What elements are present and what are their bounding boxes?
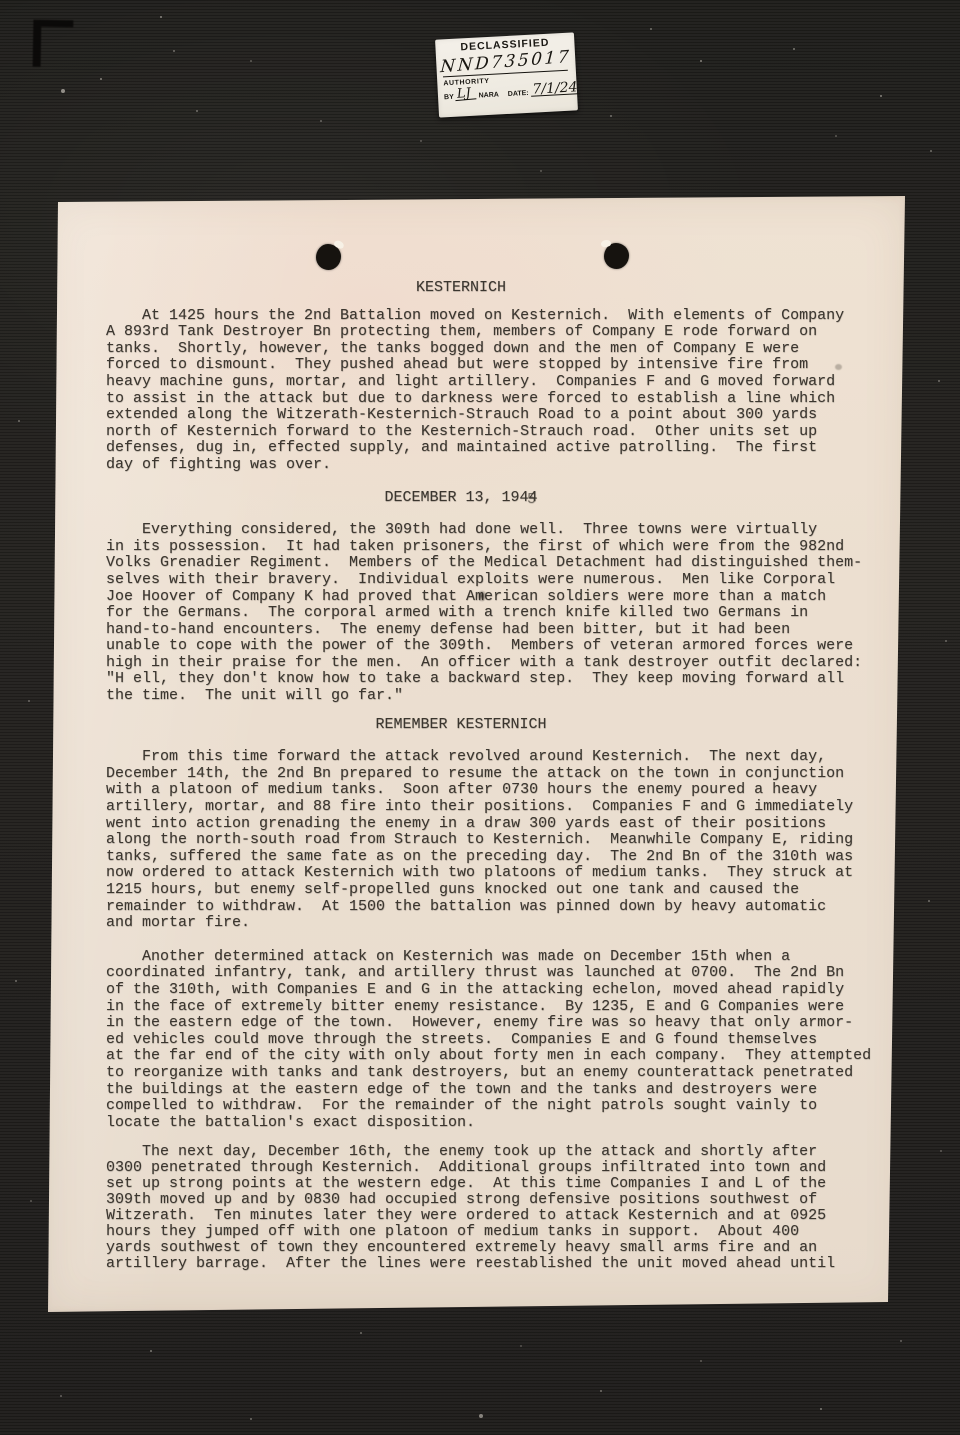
scan-backdrop: DECLASSIFIED NND735017 AUTHORITY BY LJ N…: [0, 0, 960, 1435]
paragraph-december-13: Everything considered, the 309th had don…: [106, 522, 888, 705]
stamp-nara-label: NARA: [478, 91, 499, 99]
stamp-date-label: DATE:: [508, 90, 529, 98]
stamp-date-value-handwriting: 7/1/24: [530, 81, 580, 97]
section-heading-remember-kesternich: REMEMBER KESTERNICH: [106, 717, 816, 734]
paragraph-december-15: Another determined attack on Kesternich …: [106, 949, 888, 1132]
overstruck-digit: 5: [527, 492, 536, 509]
document-title: KESTERNICH: [106, 280, 816, 297]
paragraph-december-12: At 1425 hours the 2nd Battalion moved on…: [106, 308, 888, 474]
stamp-by-label: BY: [444, 94, 454, 101]
stamp-by-initials-handwriting: LJ: [454, 87, 476, 101]
paper-speck: [835, 364, 842, 370]
dust-specks: [0, 0, 2, 2]
corner-crop-mark: [33, 20, 74, 68]
document-page: KESTERNICH At 1425 hours the 2nd Battali…: [45, 196, 906, 1313]
typewritten-content: KESTERNICH At 1425 hours the 2nd Battali…: [106, 196, 888, 1272]
section-heading-december-13-1944: DECEMBER 13, 1944: [106, 490, 816, 507]
paragraph-december-14: From this time forward the attack revolv…: [106, 749, 888, 932]
ink-smudge: [477, 590, 487, 602]
declassified-stamp: DECLASSIFIED NND735017 AUTHORITY BY LJ N…: [435, 32, 578, 117]
paragraph-december-16: The next day, December 16th, the enemy t…: [106, 1144, 888, 1272]
